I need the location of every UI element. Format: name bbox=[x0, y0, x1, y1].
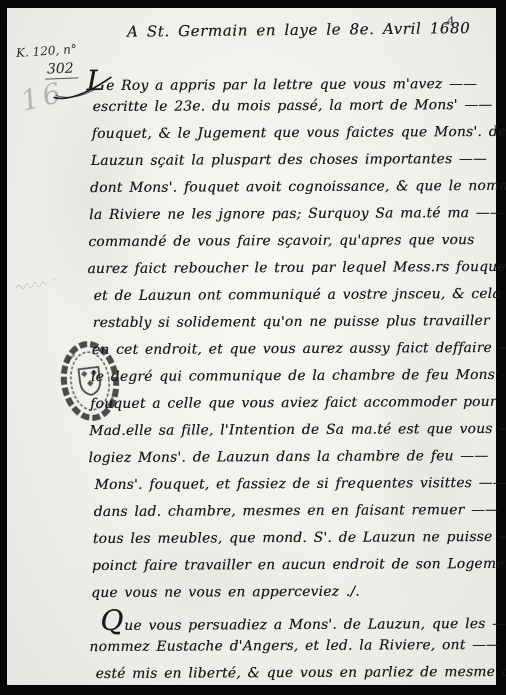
margin-pencil-scribble-icon bbox=[13, 270, 65, 296]
manuscript-line: logiez Mons'. de Lauzun dans la chambre … bbox=[88, 443, 488, 472]
corner-pencil-mark: A bbox=[445, 13, 456, 28]
manuscript-line: et de Lauzun ont communiqué a vostre jns… bbox=[94, 281, 506, 310]
manuscript-line: tous les meubles, que mond. S'. de Lauzu… bbox=[93, 524, 506, 553]
scan-border: A St. Germain en laye le 8e. Avril 1680 … bbox=[0, 0, 506, 695]
manuscript-line: la Riviere ne les jgnore pas; Surquoy Sa… bbox=[89, 200, 504, 229]
dateline: A St. Germain en laye le 8e. Avril 1680 bbox=[127, 17, 447, 42]
manuscript-line: poinct faire travailler en aucun endroit… bbox=[92, 551, 506, 580]
letter-body: Le Roy a appris par la lettre que vous m… bbox=[89, 65, 498, 687]
manuscript-line: fouquet a celle que vous aviez faict acc… bbox=[90, 389, 497, 418]
manuscript-line: restably si solidement qu'on ne puisse p… bbox=[93, 308, 490, 337]
manuscript-line: fouquet, & le Jugement que vous faictes … bbox=[92, 119, 506, 148]
manuscript-line: esté mis en liberté, & que vous en parli… bbox=[95, 659, 506, 688]
manuscript-line: Mad.elle sa fille, l'Intention de Sa ma.… bbox=[89, 416, 506, 445]
manuscript-line: que vous ne vous en apperceviez ./. bbox=[91, 579, 360, 607]
manuscript-line: dont Mons'. fouquet avoit cognoissance, … bbox=[90, 173, 506, 202]
manuscript-line: escritte le 23e. du mois passé, la mort … bbox=[93, 92, 493, 121]
scanned-manuscript-screenshot: { "document": { "kind": "handwritten-let… bbox=[0, 0, 506, 695]
manuscript-line: aurez faict reboucher le trou par lequel… bbox=[87, 254, 506, 283]
manuscript-page: A St. Germain en laye le 8e. Avril 1680 … bbox=[7, 8, 496, 685]
manuscript-line: commandé de vous faire sçavoir, qu'apres… bbox=[88, 227, 474, 256]
manuscript-line: nommez Eustache d'Angers, et led. la Riv… bbox=[89, 632, 500, 661]
shelfmark-volume: K. 120, n° bbox=[16, 42, 78, 60]
manuscript-line: le degré qui communique de la chambre de… bbox=[91, 362, 504, 391]
manuscript-line: Lauzun sçait la pluspart des choses impo… bbox=[91, 146, 487, 175]
manuscript-line: en cet endroit, et que vous aurez aussy … bbox=[92, 335, 506, 364]
manuscript-line: dans lad. chambre, mesmes en en faisant … bbox=[94, 497, 500, 526]
manuscript-line: Mons'. fouquet, et fassiez de si frequen… bbox=[95, 470, 506, 499]
